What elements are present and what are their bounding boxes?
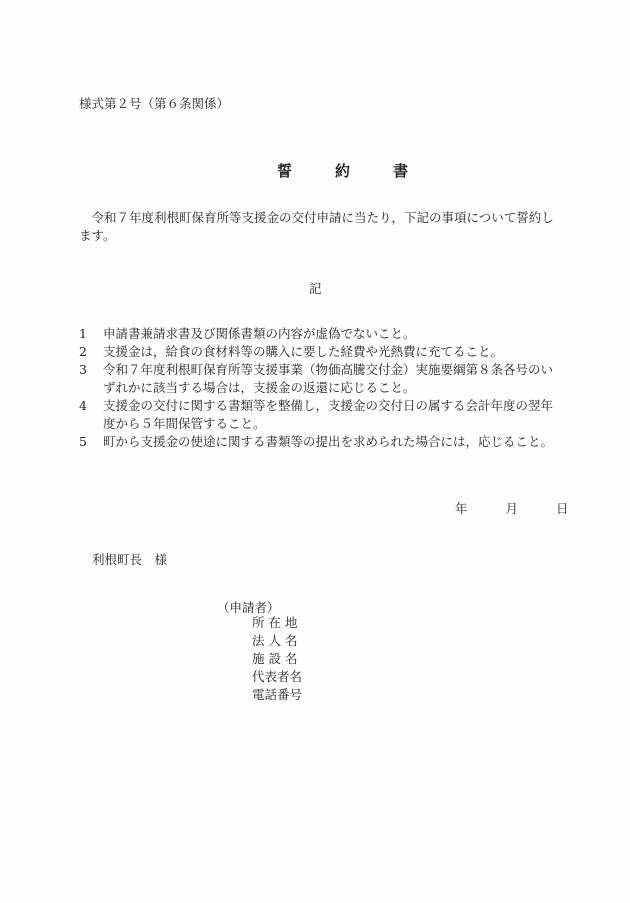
pledge-item: 2 支援金は，給食の食材料等の購入に要した経費や光熱費に充てること。 xyxy=(79,343,555,361)
item-text: 令和７年度利根町保育所等支援事業（物価高騰交付金）実施要綱第８条各号のいずれかに… xyxy=(91,361,555,397)
document-title: 誓 約 書 xyxy=(277,160,422,181)
item-number: 5 xyxy=(79,433,91,451)
item-number: 3 xyxy=(79,361,91,397)
field-facility-name: 施 設 名 xyxy=(252,650,302,668)
applicant-fields: 所 在 地 法 人 名 施 設 名 代表者名 電話番号 xyxy=(252,614,302,704)
item-text: 支援金の交付に関する書類等を整備し，支援金の交付日の属する会計年度の翌年度から５… xyxy=(91,397,555,433)
intro-paragraph: 令和７年度利根町保育所等支援金の交付申請に当たり，下記の事項について誓約します。 xyxy=(79,209,554,245)
ki-heading: 記 xyxy=(309,279,322,297)
item-number: 1 xyxy=(79,325,91,343)
field-phone: 電話番号 xyxy=(252,686,302,704)
item-number: 4 xyxy=(79,397,91,433)
pledge-item: 1 申請書兼請求書及び関係書類の内容が虚偽でないこと。 xyxy=(79,325,555,343)
form-number: 様式第２号（第６条関係） xyxy=(79,94,229,112)
addressee: 利根町長 様 xyxy=(92,550,167,568)
pledge-item: 4 支援金の交付に関する書類等を整備し，支援金の交付日の属する会計年度の翌年度か… xyxy=(79,397,555,433)
date-year: 年 xyxy=(455,499,468,517)
pledge-list: 1 申請書兼請求書及び関係書類の内容が虚偽でないこと。 2 支援金は，給食の食材… xyxy=(79,325,555,451)
pledge-item: 3 令和７年度利根町保育所等支援事業（物価高騰交付金）実施要綱第８条各号のいずれ… xyxy=(79,361,555,397)
pledge-item: 5 町から支援金の使途に関する書類等の提出を求められた場合には，応じること。 xyxy=(79,433,555,451)
item-text: 支援金は，給食の食材料等の購入に要した経費や光熱費に充てること。 xyxy=(91,343,555,361)
item-number: 2 xyxy=(79,343,91,361)
date-day: 日 xyxy=(556,499,569,517)
field-address: 所 在 地 xyxy=(252,614,302,632)
date-month: 月 xyxy=(505,499,518,517)
item-text: 町から支援金の使途に関する書類等の提出を求められた場合には，応じること。 xyxy=(91,433,555,451)
field-corporation-name: 法 人 名 xyxy=(252,632,302,650)
date-line: 年 月 日 xyxy=(455,499,568,517)
item-text: 申請書兼請求書及び関係書類の内容が虚偽でないこと。 xyxy=(91,325,555,343)
field-representative: 代表者名 xyxy=(252,668,302,686)
